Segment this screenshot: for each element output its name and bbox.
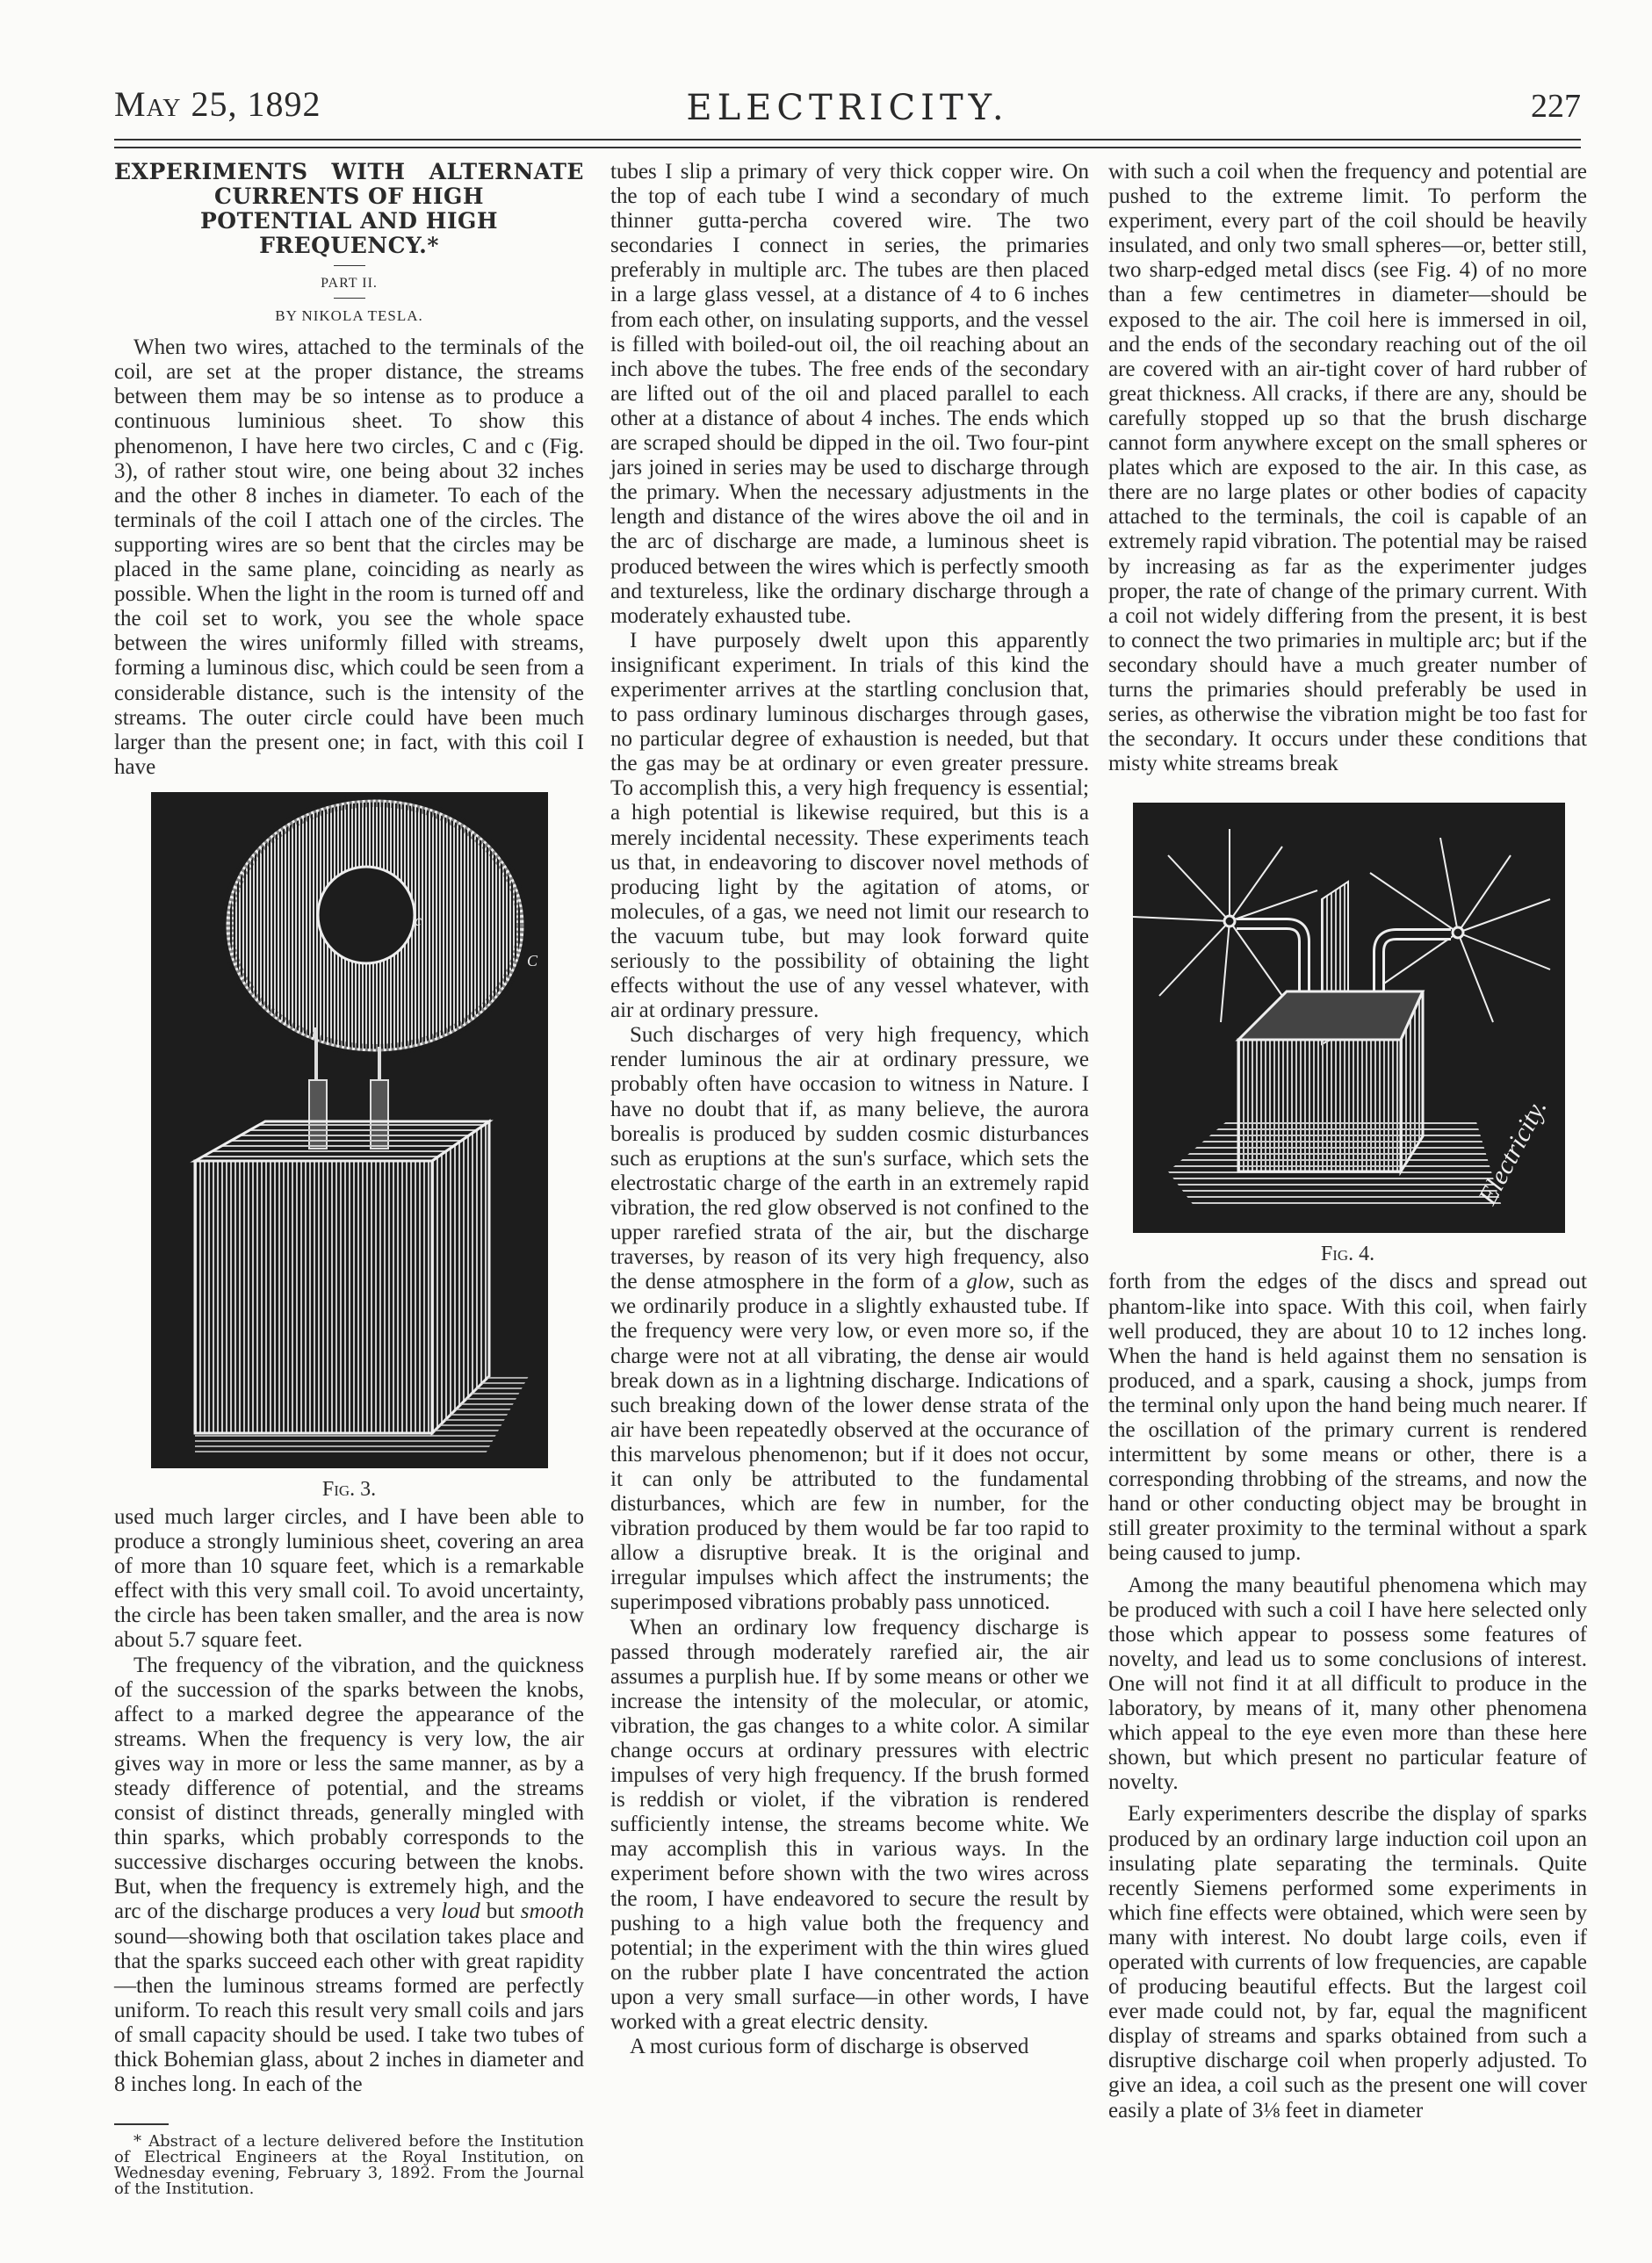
paragraph-continued: used much larger circles, and I have bee… [114, 1505, 584, 1654]
byline: BY NIKOLA TESLA. [114, 304, 584, 328]
article-title: EXPERIMENTS WITH ALTERNATE CURRENTS OF H… [114, 160, 584, 258]
page-number: 227 [1531, 87, 1581, 126]
paragraph: Such discharges of very high frequency, … [610, 1023, 1089, 1615]
article-part: PART II. [114, 271, 584, 296]
column-2: tubes I slip a primary of very thick cop… [610, 160, 1089, 2059]
paragraph-continued: with such a coil when the frequency and … [1108, 160, 1587, 776]
paragraph: When an ordinary low frequency discharge… [610, 1616, 1089, 2036]
paragraph-continued: tubes I slip a primary of very thick cop… [610, 160, 1089, 629]
disc-discharge-illustration: Electricity. [1133, 803, 1565, 1233]
figure-3-caption: Fig. 3. [114, 1477, 584, 1502]
publication-title: ELECTRICITY. [114, 88, 1581, 128]
svg-text:C: C [527, 952, 538, 969]
column-1: EXPERIMENTS WITH ALTERNATE CURRENTS OF H… [114, 160, 584, 2197]
paragraph: Among the many beautiful phenomena which… [1108, 1574, 1587, 1796]
coil-circles-illustration: c C [151, 792, 548, 1468]
paragraph: A most curious form of discharge is obse… [610, 2035, 1089, 2059]
paragraph: The frequency of the vibration, and the … [114, 1654, 584, 2098]
column-3: with such a coil when the frequency and … [1108, 160, 1587, 2123]
paragraph: When two wires, attached to the terminal… [114, 335, 584, 780]
divider [334, 298, 365, 299]
running-header: May 25, 1892 ELECTRICITY. 227 [114, 83, 1581, 145]
paragraph: I have purposely dwelt upon this apparen… [610, 629, 1089, 1024]
header-double-rule [114, 139, 1581, 148]
paragraph: Early experimenters describe the display… [1108, 1802, 1587, 2122]
footnote: * Abstract of a lecture delivered before… [114, 2134, 584, 2197]
figure-4-caption: Fig. 4. [1108, 1242, 1587, 1266]
paragraph-continued: forth from the edges of the discs and sp… [1108, 1270, 1587, 1566]
svg-text:c: c [415, 912, 422, 929]
figure-4: Electricity. [1133, 803, 1565, 1233]
divider [334, 265, 365, 266]
figure-3: c C [151, 792, 548, 1468]
footnote-rule [114, 2123, 169, 2125]
